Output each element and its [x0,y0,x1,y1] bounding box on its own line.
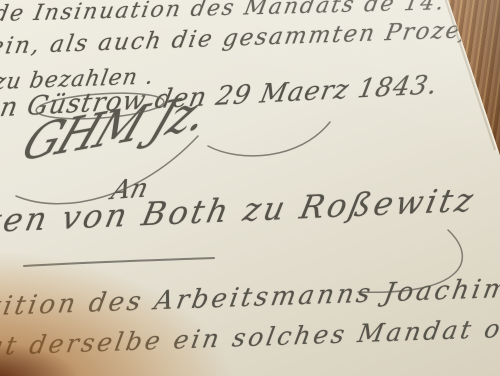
photo-of-handwritten-letter: de Insinuation des Mandats de 14. ein, a… [0,0,500,376]
monogram-tail-flourish [16,136,198,204]
pen-flourishes [0,0,500,376]
guestrow-oval-flourish [35,90,164,123]
maerz-underswing-flourish [208,122,330,156]
vonboth-underline [24,258,214,266]
rossewitz-paren-flourish [358,230,462,292]
